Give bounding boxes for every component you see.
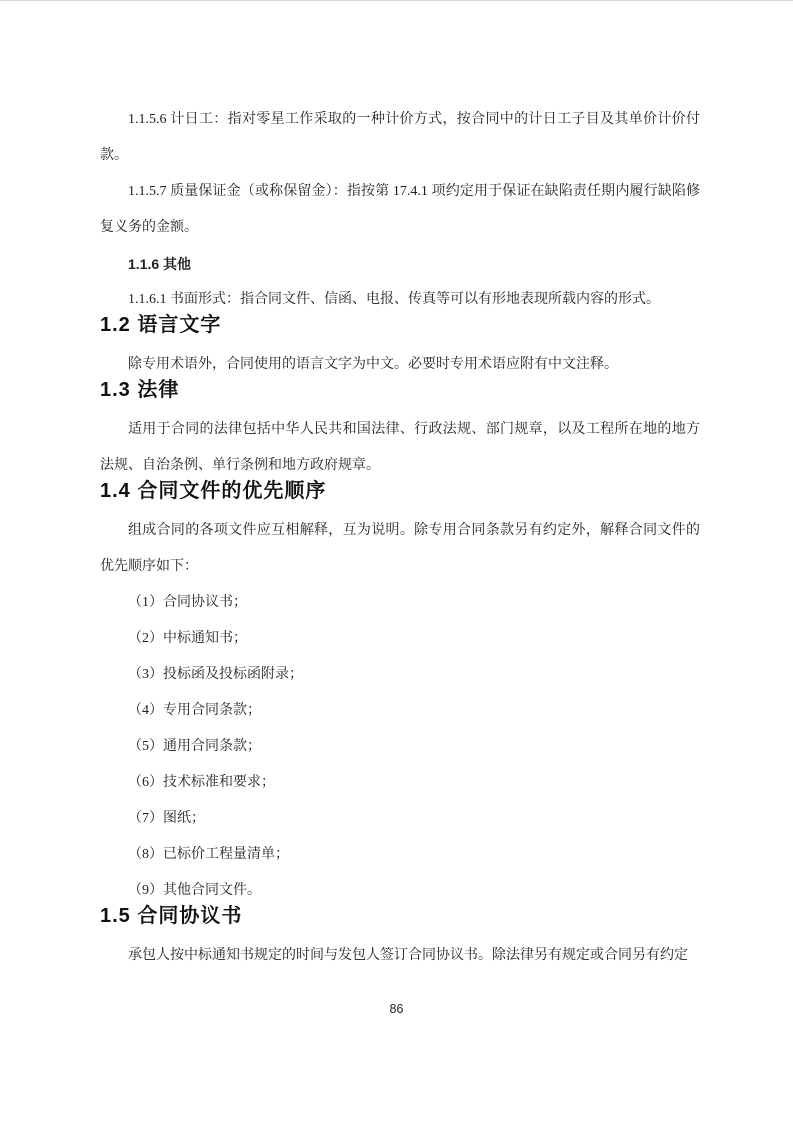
paragraph: 适用于合同的法律包括中华人民共和国法律、行政法规、部门规章，以及工程所在地的地方… bbox=[100, 412, 700, 484]
ordered-list-item: （6）技术标准和要求； bbox=[100, 765, 700, 801]
ordered-list-item: （5）通用合同条款； bbox=[100, 729, 700, 765]
ordered-list-item: （1）合同协议书； bbox=[100, 585, 700, 621]
ordered-list-item: （2）中标通知书； bbox=[100, 621, 700, 657]
ordered-list-item: （3）投标函及投标函附录； bbox=[100, 657, 700, 693]
paragraph: 1.1.5.6 计日工：指对零星工作采取的一种计价方式，按合同中的计日工子目及其… bbox=[100, 102, 700, 174]
ordered-list-item: （8）已标价工程量清单； bbox=[100, 837, 700, 873]
paragraph: 1.1.5.7 质量保证金（或称保留金）：指按第 17.4.1 项约定用于保证在… bbox=[100, 174, 700, 246]
document-content: 1.1.5.6 计日工：指对零星工作采取的一种计价方式，按合同中的计日工子目及其… bbox=[100, 102, 700, 974]
subsection-heading: 1.1.6 其他 bbox=[100, 246, 700, 282]
paragraph: 承包人按中标通知书规定的时间与发包人签订合同协议书。除法律另有规定或合同另有约定 bbox=[100, 938, 700, 974]
ordered-list-item: （4）专用合同条款； bbox=[100, 693, 700, 729]
paragraph: 除专用术语外，合同使用的语言文字为中文。必要时专用术语应附有中文注释。 bbox=[100, 347, 700, 383]
paragraph: 组成合同的各项文件应互相解释，互为说明。除专用合同条款另有约定外，解释合同文件的… bbox=[100, 513, 700, 585]
section-heading: 1.5 合同协议书 bbox=[100, 903, 700, 929]
document-page: 1.1.5.6 计日工：指对零星工作采取的一种计价方式，按合同中的计日工子目及其… bbox=[0, 0, 793, 1122]
section-heading: 1.4 合同文件的优先顺序 bbox=[100, 478, 700, 504]
ordered-list-item: （7）图纸； bbox=[100, 801, 700, 837]
page-number: 86 bbox=[0, 1001, 793, 1017]
